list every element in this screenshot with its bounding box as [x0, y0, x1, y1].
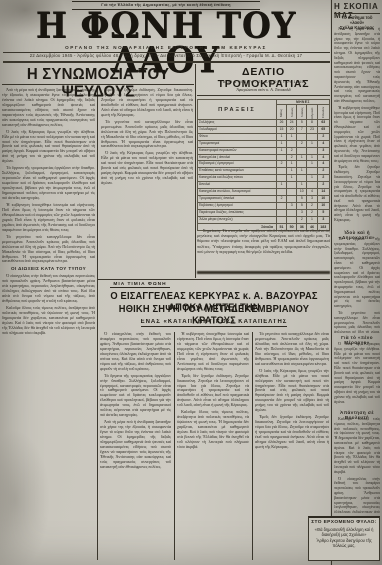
table-row: Ἐκβιάσεις ( ἐμπρησμοί35210 — [198, 202, 330, 209]
body-paragraph: Τὰ ὄργανα τῆς τρομοκρατίας ὀργιάζουν στὴ… — [334, 237, 380, 309]
body-paragraph: Ἀπὸ τὴ μέρα ποὺ ἡ ἀντίδραση ξαναπῆρε στὰ… — [334, 27, 380, 104]
cell-value: 24 — [287, 120, 297, 127]
terror-table-wrap: ΠΡΑΞΕΙΣ ΜΗΝΕΣ ΜάϊοςἸούνιοςἸούλιοςΑὔγουστ… — [197, 99, 330, 231]
cell-value — [297, 161, 307, 168]
body-paragraph: Τὰ γεγονότα ποὺ καταγγέλλουμε δὲν εἶναι … — [2, 235, 95, 265]
bulletin-dedication: Ἀφιερώνεται στὸν κ. Α. Τσουκαλᾶ — [197, 87, 330, 92]
cell-value: 2 — [297, 140, 307, 147]
cell-value: 1 — [276, 133, 286, 140]
acts-header: ΠΡΑΞΕΙΣ — [198, 100, 277, 120]
dateline: 22 Δεκεμβρίου 1945 - Ἀριθμὸς φύλλου 48, … — [0, 53, 332, 58]
table-row: Ἐπιθέσεις κατὰ τυπογραφείων112 — [198, 168, 330, 175]
cell-value: 5 — [317, 209, 329, 216]
main-article-subhead: ΕΝΑΣ «ΚΑΤΑΠΛΗΚΤΙΚΟΣ» ΚΑΤΑΠΕΛΤΗΣ — [98, 319, 330, 325]
column-rule — [195, 64, 196, 278]
cell-value: 2 — [317, 182, 329, 189]
cell-value — [276, 202, 286, 209]
cell-value: 65 — [317, 126, 329, 133]
table-row: Φόνοι112 — [198, 133, 330, 140]
table-row: Ξυλοδαρμοί152072365 — [198, 126, 330, 133]
cell-value: 4 — [317, 154, 329, 161]
cell-value: 1 — [287, 133, 297, 140]
body-paragraph: Καλοῦμε ὅλους τοὺς τίμιους πολίτες, ἀνεξ… — [334, 417, 380, 475]
body-paragraph: Ὁ λαὸς τῆς Κέρκυρας ὅμως γνωρίζει τὴν ἀλ… — [255, 369, 329, 414]
column-rule — [174, 332, 175, 560]
cell-value — [287, 140, 297, 147]
next-issue-head: ΣΤΟ ΕΡΧΟΜΕΝΟ ΦΥΛΛΟ: — [311, 520, 377, 525]
table-row: Ἀπειλαί112 — [198, 182, 330, 189]
month-header: Ἰούλιος — [297, 105, 307, 120]
cell-value: 2 — [276, 195, 286, 202]
main-column-2: Ἡ κυβέρνηση ὑποσχέθηκε ἰσονομία καὶ εἰρή… — [177, 332, 249, 560]
row-label: Τρομοκρατικαὶ ( ἀπειλαί — [198, 195, 277, 202]
cell-value: 1 — [307, 216, 317, 223]
row-label: Ἐκβιασμοὶ ( ἐμπρησμοί — [198, 161, 277, 168]
cell-value — [297, 133, 307, 140]
bulletin-note: Σημείωση: Τὰ στοιχεῖα τῶν πράξεων αὐτῶν … — [197, 228, 330, 268]
next-issue-line: «Θὰ δημοσιευθῇ ὁλόκληρη καὶ ἡ διακήρυξή … — [311, 527, 377, 537]
cell-value: 14 — [317, 189, 329, 196]
cell-value: 10 — [317, 202, 329, 209]
table-header-row: ΠΡΑΞΕΙΣ ΜΗΝΕΣ — [198, 100, 330, 105]
row-label: Ἀπειλαί — [198, 182, 277, 189]
table-row: Συλλήψεις26245863 — [198, 120, 330, 127]
month-header: Αὔγουστ. — [307, 105, 317, 120]
row-label: Τραυματισμοί — [198, 140, 277, 147]
body-paragraph: Τὰ γεγονότα ποὺ καταγγέλλουμε δὲν εἶναι … — [255, 332, 329, 367]
body-paragraph: Ἐμεῖς δὲν ζητοῦμε ἐκδίκηση. Ζητοῦμε δικα… — [255, 415, 329, 450]
row-label: Καταγγελίαι καὶ διώξεις τύπου — [198, 175, 277, 182]
body-paragraph: Καλοῦμε ὅλους τοὺς τίμιους πολίτες, ἀνεξ… — [177, 410, 249, 450]
left-column-2: Ἐμεῖς δὲν ζητοῦμε ἐκδίκηση. Ζητοῦμε δικα… — [101, 88, 193, 276]
body-paragraph: Ἡ κυβέρνηση ὑποσχέθηκε ἰσονομία καὶ εἰρή… — [334, 106, 380, 164]
body-paragraph: Ὁ εἰσαγγελέας στὴν ἔκθεσή του ἀναφέρει π… — [100, 332, 171, 372]
cell-value: 1 — [307, 154, 317, 161]
body-paragraph: Ἀπὸ τὴ μέρα ποὺ ἡ ἀντίδραση ξαναπῆρε στὰ… — [100, 420, 171, 470]
row-label: Καταστροφαὶ περιουσιῶν — [198, 147, 277, 154]
right-rail-text-1: Ἀπὸ τὴ μέρα ποὺ ἡ ἀντίδραση ξαναπῆρε στὰ… — [334, 27, 380, 229]
body-paragraph: Ἐμεῖς δὲν ζητοῦμε ἐκδίκηση. Ζητοῦμε δικα… — [177, 374, 249, 409]
heavy-rule — [197, 271, 330, 274]
cell-value: 3 — [317, 216, 329, 223]
next-issue-line: Ἄρθρο ἔγκριτου δικηγόρου τῆς πόλεώς μας. — [311, 538, 377, 548]
row-label: Παράνομοι διώξεις, ἀπελάσεις — [198, 209, 277, 216]
cell-value — [276, 209, 286, 216]
cell-value — [287, 209, 297, 216]
rule — [3, 62, 330, 63]
main-column-1: Ὁ εἰσαγγελέας στὴν ἔκθεσή του ἀναφέρει π… — [100, 332, 171, 560]
body-paragraph: Ὁ εἰσαγγελέας στὴν ἔκθεσή του ἀναφέρει π… — [334, 477, 380, 513]
cell-value: 3 — [317, 147, 329, 154]
table-row: Καταγγελίαι συνόλου, δυναμιτισμοί10414 — [198, 189, 330, 196]
cell-value: 5 — [297, 195, 307, 202]
cell-value: 4 — [307, 189, 317, 196]
cell-value: 1 — [276, 147, 286, 154]
month-header: Ἰούνιος — [287, 105, 297, 120]
cell-value — [276, 168, 286, 175]
cell-value: 2 — [297, 216, 307, 223]
cell-value: 1 — [297, 182, 307, 189]
row-label: Ἐκβιάσεις ( ἐμπρησμοί — [198, 202, 277, 209]
next-issue-box: ΣΤΟ ΕΡΧΟΜΕΝΟ ΦΥΛΛΟ: «Θὰ δημοσιευθῇ ὁλόκλ… — [308, 516, 380, 561]
cell-value: 4 — [317, 140, 329, 147]
cell-value — [307, 168, 317, 175]
cell-value: 3 — [307, 195, 317, 202]
table-row: Καταγγελίαι ( ἀπειλαί2114 — [198, 154, 330, 161]
terror-table: ΠΡΑΞΕΙΣ ΜΗΝΕΣ ΜάϊοςἸούνιοςἸούλιοςΑὔγουστ… — [197, 99, 330, 231]
body-paragraph: Καλοῦμε ὅλους τοὺς τίμιους πολίτες, ἀνεξ… — [2, 306, 95, 336]
cell-value: 1 — [276, 182, 286, 189]
month-header: Μάϊος — [276, 105, 286, 120]
cell-value: 1 — [297, 154, 307, 161]
bulletin-period: ΑΠΟ 1 ΜΑΪΟΥ - 21 ΑΥΓΟΥΣΤΟΥ 1945 — [197, 80, 330, 84]
table-row: Τρομοκρατικαὶ ( ἀπειλαί25310 — [198, 195, 330, 202]
cell-value: 2 — [317, 168, 329, 175]
cell-value: 63 — [317, 120, 329, 127]
cell-value: 1 — [287, 168, 297, 175]
body-paragraph: Ὁ λαὸς τῆς Κέρκυρας ὅμως γνωρίζει τὴν ἀλ… — [2, 130, 95, 165]
cell-value: 8 — [307, 120, 317, 127]
cell-value: 5 — [297, 202, 307, 209]
table-row: Καταγγελίαι καὶ διώξεις τύπου112 — [198, 175, 330, 182]
cell-value: 2 — [276, 161, 286, 168]
body-paragraph: Τὰ ὄργανα τῆς τρομοκρατίας ὀργιάζουν στὴ… — [2, 166, 95, 201]
newspaper-page: Γιὰ τὴν Ἑλλάδα τῆς Δημοκρατίας, μὲ τὴν κ… — [0, 0, 382, 565]
cell-value: 1 — [287, 161, 297, 168]
row-label: Συλλήψεις — [198, 120, 277, 127]
cell-value — [276, 154, 286, 161]
body-paragraph: Τὰ ὄργανα τῆς τρομοκρατίας ὀργιάζουν στὴ… — [100, 374, 171, 419]
row-label: Καταγγελίαι ( ἀπειλαί — [198, 154, 277, 161]
cell-value: 3 — [287, 202, 297, 209]
months-header: ΜΗΝΕΣ — [276, 100, 329, 105]
cell-value: 4 — [317, 161, 329, 168]
cell-value: 5 — [297, 120, 307, 127]
body-paragraph: Τὰ γεγονότα ποὺ καταγγέλλουμε δὲν εἶναι … — [101, 120, 193, 150]
right-rail-text-4: Καλοῦμε ὅλους τοὺς τίμιους πολίτες, ἀνεξ… — [334, 417, 380, 513]
body-paragraph: Ἐμεῖς δὲν ζητοῦμε ἐκδίκηση. Ζητοῦμε δικα… — [334, 165, 380, 223]
rule — [197, 95, 330, 96]
body-paragraph: Ἐμεῖς δὲν ζητοῦμε ἐκδίκηση. Ζητοῦμε δικα… — [101, 88, 193, 118]
cell-value — [287, 189, 297, 196]
cell-value: 2 — [307, 209, 317, 216]
cell-value: 10 — [297, 189, 307, 196]
table-row: Παράνομοι διώξεις, ἀπελάσεις325 — [198, 209, 330, 216]
cell-value — [287, 182, 297, 189]
cell-value — [287, 216, 297, 223]
masthead-subtitle: ΟΡΓΑΝΟ ΤΗΣ ΝΟΜΑΡΧΙΑΚΗΣ ΕΠΙΤΡΟΠΗΣ ΕΑΜ ΚΕΡ… — [0, 45, 332, 50]
left-column-1: Ἀπὸ τὴ μέρα ποὺ ἡ ἀντίδραση ξαναπῆρε στὰ… — [2, 88, 95, 560]
column-rule — [331, 0, 332, 565]
table-row: Ἄλλα μέτρα (συνεχῶς)213 — [198, 216, 330, 223]
cell-value: 7 — [297, 126, 307, 133]
column-rule — [252, 332, 253, 560]
rule — [3, 61, 330, 62]
cell-value — [297, 175, 307, 182]
row-label: Ἐπιθέσεις κατὰ τυπογραφείων — [198, 168, 277, 175]
cell-value: 1 — [307, 140, 317, 147]
row-label: Φόνοι — [198, 133, 277, 140]
cell-value: 1 — [307, 175, 317, 182]
cell-value: 3 — [297, 209, 307, 216]
cell-value: 2 — [287, 147, 297, 154]
row-label: Καταγγελίαι συνόλου, δυναμιτισμοί — [198, 189, 277, 196]
cell-value: 10 — [317, 195, 329, 202]
right-rail-text-2: Τὰ ὄργανα τῆς τρομοκρατίας ὀργιάζουν στὴ… — [334, 237, 380, 333]
table-row: Καταστροφαὶ περιουσιῶν123 — [198, 147, 330, 154]
body-paragraph: Ὁ εἰσαγγελέας στὴν ἔκθεσή του ἀναφέρει π… — [2, 274, 95, 304]
cell-value: 1 — [307, 161, 317, 168]
cell-value — [287, 195, 297, 202]
table-row: Τραυματισμοί1214 — [198, 140, 330, 147]
cell-value: 2 — [307, 202, 317, 209]
body-paragraph: Ὁ λαὸς τῆς Κέρκυρας ὅμως γνωρίζει τὴν ἀλ… — [334, 342, 380, 404]
row-label: Ἄλλα μέτρα (συνεχῶς) — [198, 216, 277, 223]
cell-value — [276, 189, 286, 196]
rule — [334, 13, 380, 14]
cell-value — [307, 133, 317, 140]
cell-value: 2 — [287, 154, 297, 161]
left-crosshead: ΟΙ ΔΙΩΞΕΙΣ ΚΑΤΑ ΤΟΥ ΤΥΠΟΥ — [2, 267, 95, 272]
cell-value — [276, 216, 286, 223]
main-article-kicker: ΜΙΑ ΤΙΜΙΑ ΦΩΝΗ — [110, 282, 170, 289]
cell-value: 26 — [276, 120, 286, 127]
cell-value: 23 — [307, 126, 317, 133]
body-paragraph: Ἡ κυβέρνηση ὑποσχέθηκε ἰσονομία καὶ εἰρή… — [177, 332, 249, 372]
cell-value: 2 — [317, 175, 329, 182]
cell-value — [297, 147, 307, 154]
right-rail-text-3: Ὁ λαὸς τῆς Κέρκυρας ὅμως γνωρίζει τὴν ἀλ… — [334, 342, 380, 408]
body-paragraph: Ἀπὸ τὴ μέρα ποὺ ἡ ἀντίδραση ξαναπῆρε στὰ… — [2, 88, 95, 128]
month-header: Σύνολον — [317, 105, 329, 120]
rule — [2, 84, 194, 85]
body-paragraph: Τὰ γεγονότα ποὺ καταγγέλλουμε δὲν εἶναι … — [334, 311, 380, 333]
cell-value — [276, 175, 286, 182]
cell-value: 1 — [276, 140, 286, 147]
cell-value — [307, 147, 317, 154]
cell-value: 2 — [317, 133, 329, 140]
table-row: Ἐκβιασμοὶ ( ἐμπρησμοί2114 — [198, 161, 330, 168]
body-paragraph: Ἡ κυβέρνηση ὑποσχέθηκε ἰσονομία καὶ εἰρή… — [2, 203, 95, 233]
body-paragraph: Ὁ λαὸς τῆς Κέρκυρας ὅμως γνωρίζει τὴν ἀλ… — [101, 151, 193, 186]
cell-value: 15 — [276, 126, 286, 133]
cell-value — [307, 182, 317, 189]
cell-value: 1 — [287, 175, 297, 182]
row-label: Ξυλοδαρμοί — [198, 126, 277, 133]
cell-value: 20 — [287, 126, 297, 133]
cell-value: 1 — [297, 168, 307, 175]
rule — [98, 279, 330, 280]
